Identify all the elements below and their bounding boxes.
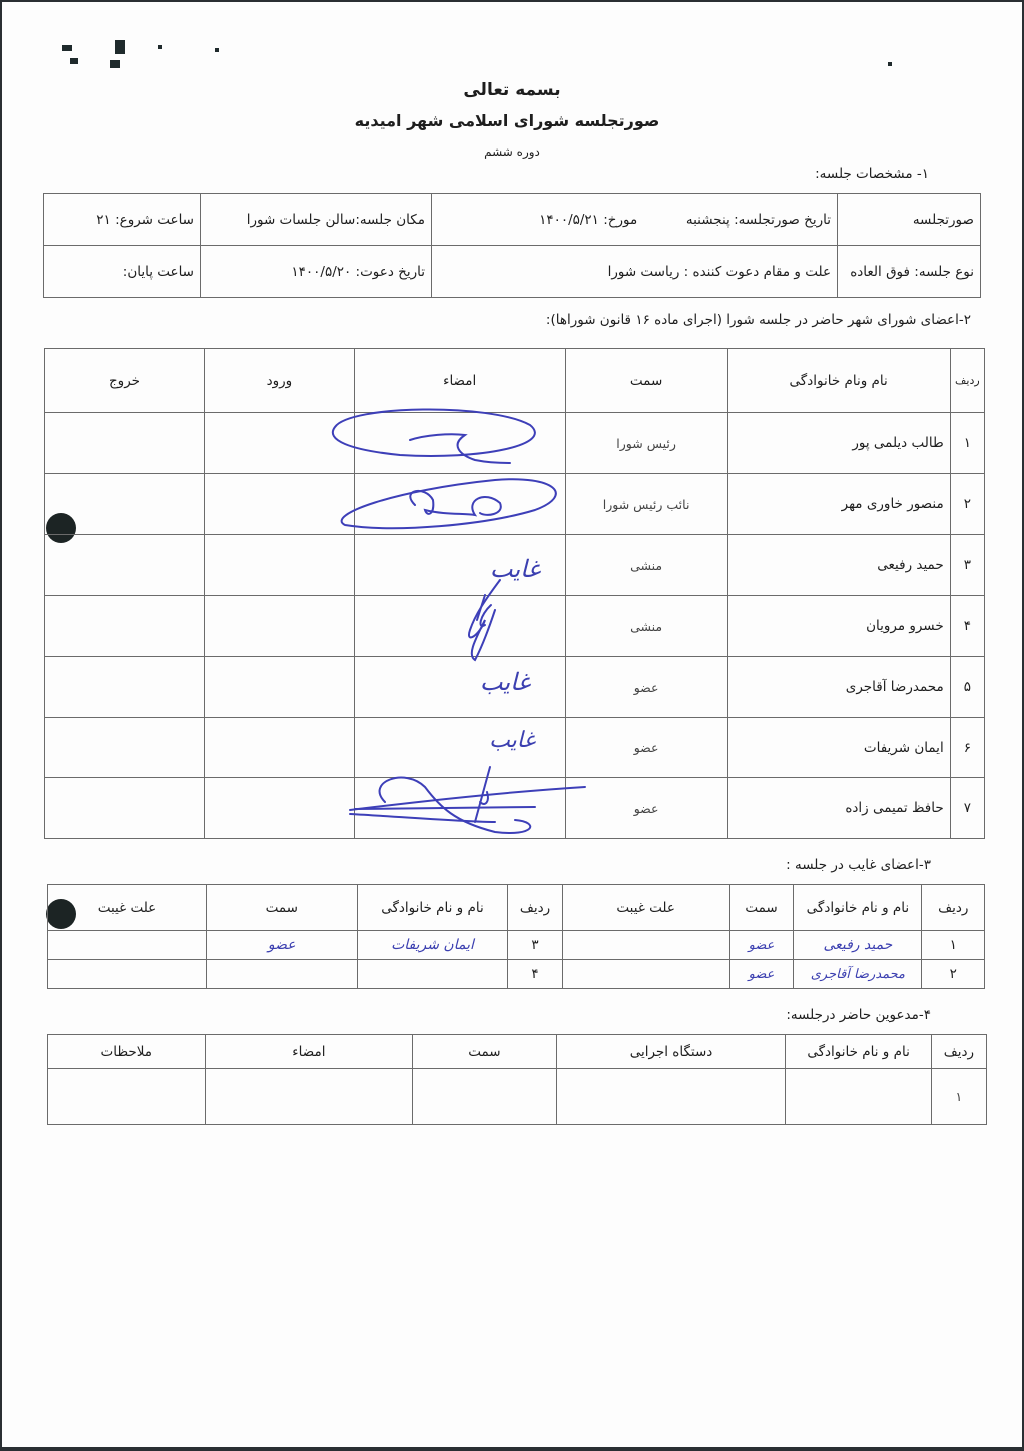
minutes-day: پنجشنبه [686, 212, 730, 228]
member-role: منشی [565, 535, 727, 596]
member-entry [204, 718, 354, 778]
invitee-name [786, 1069, 931, 1125]
col-role: سمت [413, 1035, 556, 1069]
location-cell: مکان جلسه:سالن جلسات شورا [201, 194, 432, 246]
document-title: صورتجلسه شورای اسلامی شهر امیدیه [0, 111, 1014, 130]
absence-reason [562, 960, 729, 989]
row-number: ۲ [950, 474, 984, 535]
invitee-notes [48, 1069, 206, 1125]
absence-reason [562, 931, 729, 960]
section1-heading: ۱- مشخصات جلسه: [815, 166, 929, 182]
member-exit [45, 778, 205, 839]
member-entry [204, 778, 354, 839]
scan-speck [110, 60, 120, 68]
absence-reason [48, 960, 207, 989]
member-role: نائب رئیس شورا [565, 474, 727, 535]
section4-heading: ۴-مدعوین حاضر درجلسه: [786, 1007, 931, 1023]
signature-5-absent: غایب [410, 668, 530, 696]
absent-name: ایمان شریفات [357, 931, 508, 960]
member-name: منصور خاوری مهر [727, 474, 950, 535]
council-term: دوره ششم [0, 145, 1024, 159]
minutes-type-cell: صورتجلسه [838, 194, 981, 246]
table-row: ۱ حمید رفیعی عضو ۳ ایمان شریفات عضو [48, 931, 985, 960]
member-name: ایمان شریفات [727, 718, 950, 778]
col-role: سمت [565, 349, 727, 413]
scan-speck [888, 62, 892, 66]
absence-reason [48, 931, 207, 960]
row-number: ۴ [508, 960, 562, 989]
member-name: خسرو مرویان [727, 596, 950, 657]
dated-label: مورخ: [603, 212, 637, 228]
absent-name: محمدرضا آقاجری [794, 960, 922, 989]
absent-role: عضو [206, 931, 357, 960]
col-entry: ورود [204, 349, 354, 413]
col-role: سمت [729, 885, 794, 931]
member-entry [204, 535, 354, 596]
session-type-cell: نوع جلسه: فوق العاده [838, 246, 981, 298]
invite-date-cell: تاریخ دعوت: ۱۴۰۰/۵/۲۰ [201, 246, 432, 298]
absent-name [357, 960, 508, 989]
absent-role: عضو [729, 931, 794, 960]
row-number: ۷ [950, 778, 984, 839]
row-number: ۱ [950, 413, 984, 474]
absent-role: عضو [729, 960, 794, 989]
row-number: ۳ [508, 931, 562, 960]
signature-6-absent: غایب [425, 728, 535, 753]
member-exit [45, 657, 205, 718]
member-exit [45, 718, 205, 778]
row-number: ۴ [950, 596, 984, 657]
invitee-agency [556, 1069, 786, 1125]
col-full-name: نام و نام خانوادگی [794, 885, 922, 931]
col-role: سمت [206, 885, 357, 931]
member-entry [204, 657, 354, 718]
row-number: ۱ [922, 931, 985, 960]
signature-4-icon [455, 575, 515, 665]
minutes-date-label: تاریخ صورتجلسه: [734, 212, 831, 228]
member-role: منشی [565, 596, 727, 657]
member-role: عضو [565, 657, 727, 718]
col-row-number: ردیف [508, 885, 562, 931]
member-exit [45, 474, 205, 535]
col-full-name: نام و نام خانوادگی [786, 1035, 931, 1069]
member-exit [45, 413, 205, 474]
member-name: محمدرضا آقاجری [727, 657, 950, 718]
dated-value: ۱۴۰۰/۵/۲۱ [539, 212, 599, 228]
row-number: ۶ [950, 718, 984, 778]
invitee-role [413, 1069, 556, 1125]
col-signature: امضاء [205, 1035, 413, 1069]
start-time-cell: ساعت شروع: ۲۱ [44, 194, 201, 246]
col-absence-reason: علت غیبت [562, 885, 729, 931]
row-number: ۲ [922, 960, 985, 989]
col-agency: دستگاه اجرایی [556, 1035, 786, 1069]
absent-role [206, 960, 357, 989]
member-exit [45, 596, 205, 657]
end-time-cell: ساعت پایان: [44, 246, 201, 298]
row-number: ۱ [931, 1069, 986, 1125]
member-name: حمید رفیعی [727, 535, 950, 596]
row-number: ۵ [950, 657, 984, 718]
minutes-date-cell: تاریخ صورتجلسه: پنجشنبه مورخ: ۱۴۰۰/۵/۲۱ [432, 194, 838, 246]
col-absence-reason: علت غیبت [48, 885, 207, 931]
signature-7-icon [345, 762, 590, 842]
scan-speck [70, 58, 78, 64]
member-exit [45, 535, 205, 596]
scan-speck [115, 40, 125, 54]
col-notes: ملاحظات [48, 1035, 206, 1069]
col-full-name: نام و نام خانوادگی [357, 885, 508, 931]
invitee-signature [205, 1069, 413, 1125]
section2-heading: ۲-اعضای شورای شهر حاضر در جلسه شورا (اجر… [546, 312, 971, 328]
signature-2-icon [335, 475, 575, 535]
member-entry [204, 474, 354, 535]
member-name: حافظ تمیمی زاده [727, 778, 950, 839]
bismillah: بسمه تعالی [0, 80, 1024, 100]
table-row: ۲ محمدرضا آقاجری عضو ۴ [48, 960, 985, 989]
col-row-number: ردیف [931, 1035, 986, 1069]
member-name: طالب دیلمی پور [727, 413, 950, 474]
session-details-table: صورتجلسه تاریخ صورتجلسه: پنجشنبه مورخ: ۱… [43, 193, 981, 298]
row-number: ۳ [950, 535, 984, 596]
col-row-number: ردیف [922, 885, 985, 931]
member-entry [204, 596, 354, 657]
section3-heading: ۳-اعضای غایب در جلسه : [786, 857, 931, 873]
scan-speck [158, 45, 162, 49]
signature-1-icon [330, 405, 570, 475]
col-full-name: نام ونام خانوادگی [727, 349, 950, 413]
member-role: رئیس شورا [565, 413, 727, 474]
absent-name: حمید رفیعی [794, 931, 922, 960]
inviter-cell: علت و مقام دعوت کننده : ریاست شورا [432, 246, 838, 298]
col-signature: امضاء [354, 349, 565, 413]
table-row: ۱ [48, 1069, 987, 1125]
scan-speck [215, 48, 219, 52]
col-row-number: ردیف [950, 349, 984, 413]
absent-members-table: ردیف نام و نام خانوادگی سمت علت غیبت ردی… [47, 884, 985, 989]
invitees-table: ردیف نام و نام خانوادگی دستگاه اجرایی سم… [47, 1034, 987, 1125]
col-exit: خروج [45, 349, 205, 413]
scan-speck [62, 45, 72, 51]
